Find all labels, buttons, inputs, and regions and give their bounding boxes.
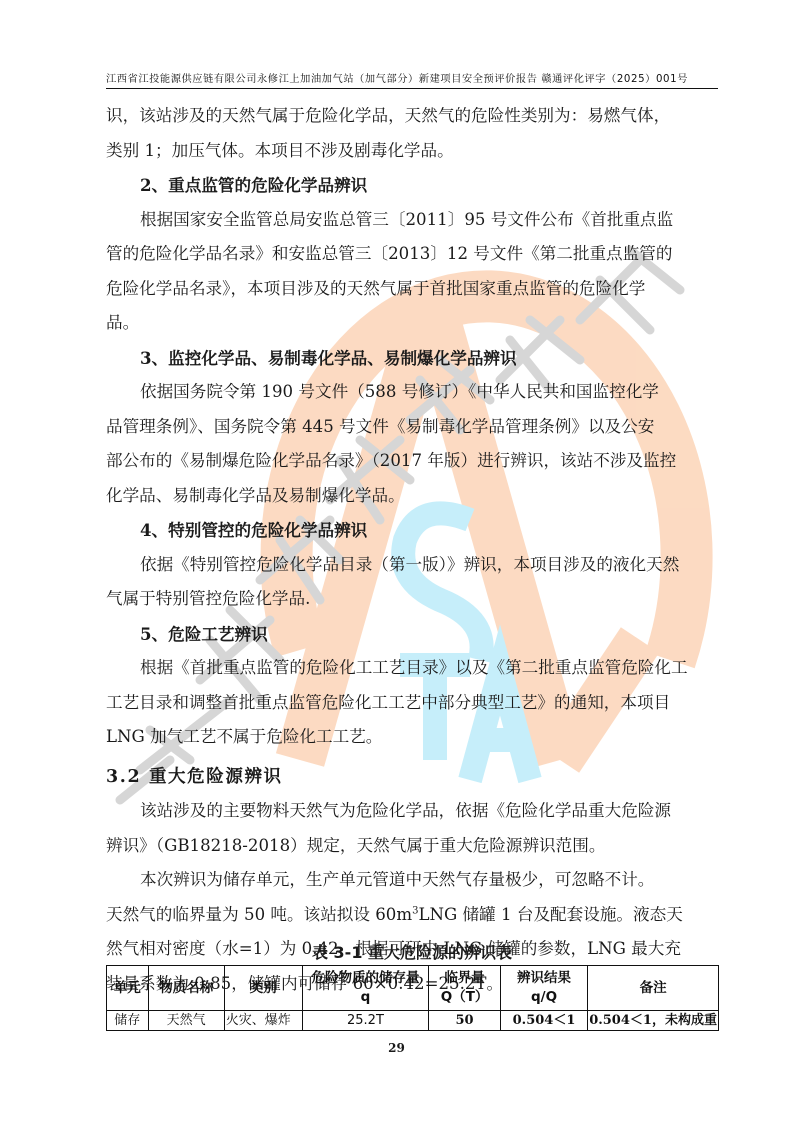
section-heading-3-2: 3.2 重大危险源辨识 (106, 760, 718, 795)
cell-unit: 储存 (107, 1011, 149, 1031)
table-row: 储存 天然气 火灾、爆炸 25.2T 50 0.504＜1 0.504＜1，未构… (107, 1011, 719, 1031)
paragraph-line: 类别 1；加压气体。本项目不涉及剧毒化学品。 (106, 134, 718, 169)
page-number: 29 (0, 1041, 793, 1055)
table-header-row: 单元 物质名称 类别 危险物质的储存量q 临界量Q（T） 辨识结果q/Q 备注 (107, 966, 719, 1011)
cell-storage-quantity: 25.2T (302, 1011, 429, 1031)
cell-remarks: 0.504＜1，未构成重 (588, 1011, 719, 1031)
running-header: 江西省江投能源供应链有限公司永修江上加油加气站（加气部分）新建项目安全预评价报告… (106, 70, 718, 85)
column-header-remarks: 备注 (588, 966, 719, 1011)
paragraph-line: 工艺目录和调整首批重点监管危险化工工艺中部分典型工艺》的通知，本项目 (106, 686, 718, 721)
paragraph-line: 该站涉及的主要物料天然气为危险化学品，依据《危险化学品重大危险源 (106, 794, 718, 829)
subheading-special-control: 4、特别管控的危险化学品辨识 (106, 513, 718, 548)
subheading-controlled-chemicals: 3、监控化学品、易制毒化学品、易制爆化学品辨识 (106, 341, 718, 376)
column-header-storage-quantity: 危险物质的储存量q (302, 966, 429, 1011)
column-header-substance: 物质名称 (148, 966, 224, 1011)
paragraph-line: 本次辨识为储存单元，生产单元管道中天然气存量极少，可忽略不计。 (106, 863, 718, 898)
cell-threshold: 50 (429, 1011, 501, 1031)
text-run: 天然气的临界量为 50 吨。该站拟设 60m (106, 905, 412, 924)
paragraph-line: 辨识》（GB18218-2018）规定，天然气属于重大危险源辨识范围。 (106, 829, 718, 864)
table-caption: 表 3-1 重大危险源的辨识表 (106, 940, 718, 963)
paragraph-line: 气属于特别管控危险化学品. (106, 582, 718, 617)
cell-result: 0.504＜1 (500, 1011, 587, 1031)
paragraph-line: LNG 加气工艺不属于危险化工工艺。 (106, 720, 718, 755)
hazard-identification-table: 单元 物质名称 类别 危险物质的储存量q 临界量Q（T） 辨识结果q/Q 备注 … (106, 965, 719, 1031)
column-header-threshold: 临界量Q（T） (429, 966, 501, 1011)
paragraph-line: 识，该站涉及的天然气属于危险化学品，天然气的危险性类别为：易燃气体， (106, 99, 718, 134)
paragraph-line: 品。 (106, 306, 718, 341)
column-header-category: 类别 (224, 966, 302, 1011)
header-divider (106, 88, 718, 89)
text-run: LNG 储罐 1 台及配套设施。液态天 (418, 905, 682, 924)
subheading-key-supervision: 2、重点监管的危险化学品辨识 (106, 168, 718, 203)
paragraph-line: 依据《特别管控危险化学品目录（第一版）》辨识，本项目涉及的液化天然 (106, 548, 718, 583)
paragraph-line: 根据《首批重点监管的危险化工工艺目录》以及《第二批重点监管危险化工 (106, 651, 718, 686)
paragraph-line: 天然气的临界量为 50 吨。该站拟设 60m3LNG 储罐 1 台及配套设施。液… (106, 898, 718, 933)
cell-category: 火灾、爆炸 (224, 1011, 302, 1031)
paragraph-line: 品管理条例》、国务院令第 445 号文件《易制毒化学品管理条例》以及公安 (106, 410, 718, 445)
paragraph-line: 根据国家安全监管总局安监总管三〔2011〕95 号文件公布《首批重点监 (106, 203, 718, 238)
document-body: 识，该站涉及的天然气属于危险化学品，天然气的危险性类别为：易燃气体， 类别 1；… (106, 99, 718, 1001)
paragraph-line: 危险化学品名录》，本项目涉及的天然气属于首批国家重点监管的危险化学 (106, 272, 718, 307)
paragraph-line: 化学品、易制毒化学品及易制爆化学品。 (106, 479, 718, 514)
paragraph-line: 依据国务院令第 190 号文件（588 号修订）《中华人民共和国监控化学 (106, 375, 718, 410)
paragraph-line: 管的危险化学品名录》和安监总管三〔2013〕12 号文件《第二批重点监管的 (106, 237, 718, 272)
paragraph-line: 部公布的《易制爆危险化学品名录》（2017 年版）进行辨识，该站不涉及监控 (106, 444, 718, 479)
column-header-result: 辨识结果q/Q (500, 966, 587, 1011)
column-header-unit: 单元 (107, 966, 149, 1011)
cell-substance: 天然气 (148, 1011, 224, 1031)
subheading-hazardous-process: 5、危险工艺辨识 (106, 617, 718, 652)
